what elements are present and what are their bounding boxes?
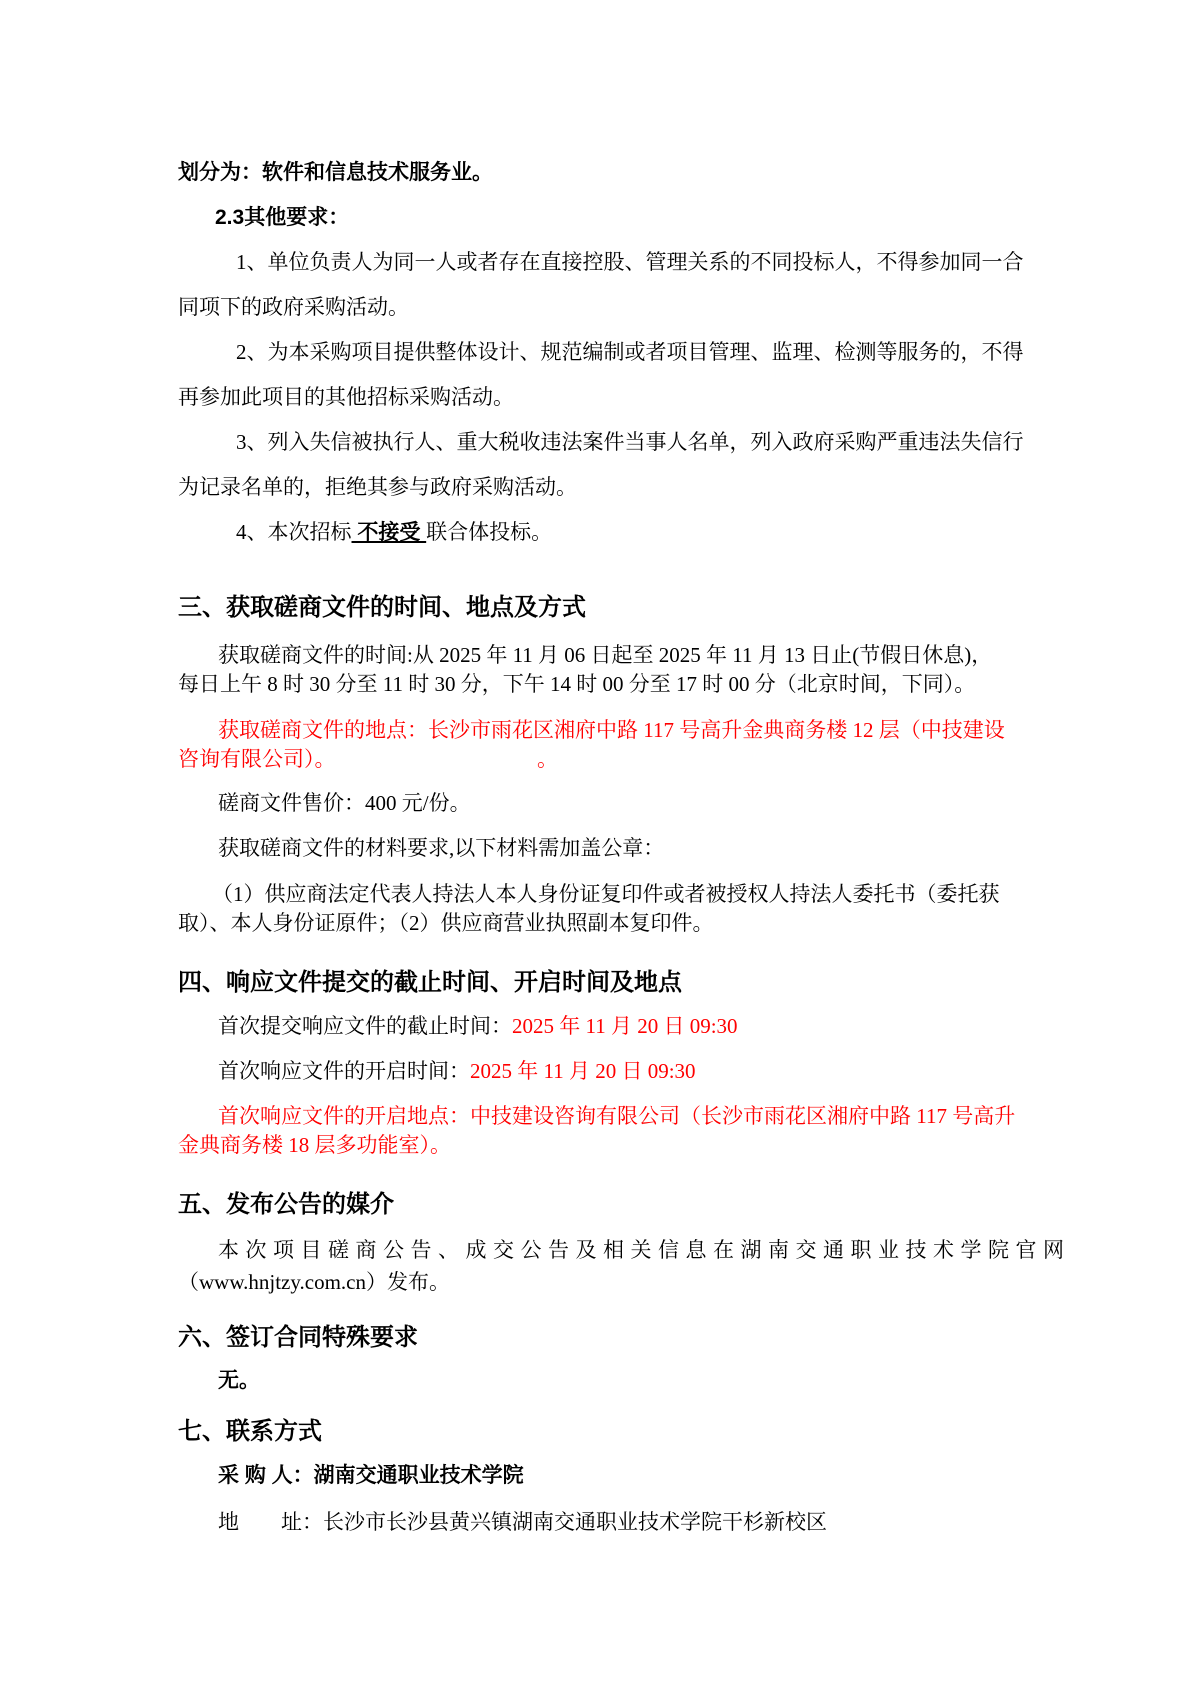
industry-classification-line: 划分为：软件和信息技术服务业。 xyxy=(178,150,1036,195)
section-other-requirements: 划分为：软件和信息技术服务业。 2.3其他要求： 1、单位负责人为同一人或者存在… xyxy=(178,150,1036,555)
contract-special-requirements-content: 无。 xyxy=(178,1366,1036,1395)
item-4-suffix: 联合体投标。 xyxy=(426,520,552,544)
materials-detail-line-2: 取）、本人身份证原件；（2）供应商营业执照副本复印件。 xyxy=(178,909,1036,938)
other-requirements-heading: 2.3其他要求： xyxy=(178,195,1036,240)
heading-obtain-documents: 三、获取磋商文件的时间、地点及方式 xyxy=(178,585,1036,630)
heading-response-deadline: 四、响应文件提交的截止时间、开启时间及地点 xyxy=(178,960,1036,1005)
purchaser-line: 采 购 人：湖南交通职业技术学院 xyxy=(178,1461,1036,1490)
item-4-prefix: 4、本次招标 xyxy=(236,520,352,544)
submission-deadline-line: 首次提交响应文件的截止时间：2025 年 11 月 20 日 09:30 xyxy=(178,1012,1036,1041)
purchaser-value: 湖南交通职业技术学院 xyxy=(314,1464,524,1487)
obtain-location-line-2-text: 咨询有限公司）。 xyxy=(178,747,325,771)
requirement-item-1-line-2: 同项下的政府采购活动。 xyxy=(178,285,1036,330)
opening-time-value: 2025 年 11 月 20 日 09:30 xyxy=(470,1059,696,1083)
heading-contract-special-requirements: 六、签订合同特殊要求 xyxy=(178,1315,1036,1360)
requirement-item-2-line-1: 2、为本采购项目提供整体设计、规范编制或者项目管理、监理、检测等服务的，不得 xyxy=(178,330,1036,375)
address-value: 长沙市长沙县黄兴镇湖南交通职业技术学院干杉新校区 xyxy=(323,1510,827,1534)
requirement-item-3-line-1: 3、列入失信被执行人、重大税收违法案件当事人名单，列入政府采购严重违法失信行 xyxy=(178,420,1036,465)
obtain-time-line-1: 获取磋商文件的时间:从 2025 年 11 月 06 日起至 2025 年 11… xyxy=(178,641,1036,670)
requirement-item-1-line-1: 1、单位负责人为同一人或者存在直接控股、管理关系的不同投标人，不得参加同一合 xyxy=(178,240,1036,285)
media-line-1: 本次项目磋商公告、成交公告及相关信息在湖南交通职业技术学院官网 xyxy=(178,1234,1036,1266)
media-line-2: （www.hnjtzy.com.cn）发布。 xyxy=(178,1266,1036,1298)
stray-period: 。 xyxy=(537,747,558,771)
address-line: 地 址：长沙市长沙县黄兴镇湖南交通职业技术学院干杉新校区 xyxy=(178,1508,1036,1537)
materials-detail-line-1: （1）供应商法定代表人持法人本人身份证复印件或者被授权人持法人委托书（委托获 xyxy=(178,880,1036,909)
tender-notice-page: 划分为：软件和信息技术服务业。 2.3其他要求： 1、单位负责人为同一人或者存在… xyxy=(0,0,1191,1684)
section-contact-info: 采 购 人：湖南交通职业技术学院 地 址：长沙市长沙县黄兴镇湖南交通职业技术学院… xyxy=(178,1461,1036,1537)
opening-venue-paragraph: 首次响应文件的开启地点：中技建设咨询有限公司（长沙市雨花区湘府中路 117 号高… xyxy=(178,1102,1036,1160)
opening-venue-line-1: 首次响应文件的开启地点：中技建设咨询有限公司（长沙市雨花区湘府中路 117 号高… xyxy=(178,1102,1036,1131)
no-consortium-emphasis: 不接受 xyxy=(352,521,427,544)
requirement-item-2-line-2: 再参加此项目的其他招标采购活动。 xyxy=(178,375,1036,420)
obtain-location-paragraph: 获取磋商文件的地点：长沙市雨花区湘府中路 117 号高升金典商务楼 12 层（中… xyxy=(178,716,1036,774)
opening-venue-line-2: 金典商务楼 18 层多功能室）。 xyxy=(178,1131,1036,1160)
heading-contact-info: 七、联系方式 xyxy=(178,1409,1036,1454)
section-response-deadline: 首次提交响应文件的截止时间：2025 年 11 月 20 日 09:30 首次响… xyxy=(178,1012,1036,1160)
address-label: 地 址： xyxy=(218,1510,323,1534)
obtain-location-line-1: 获取磋商文件的地点：长沙市雨花区湘府中路 117 号高升金典商务楼 12 层（中… xyxy=(178,716,1036,745)
submission-deadline-value: 2025 年 11 月 20 日 09:30 xyxy=(512,1014,738,1038)
media-paragraph: 本次项目磋商公告、成交公告及相关信息在湖南交通职业技术学院官网 （www.hnj… xyxy=(178,1234,1036,1298)
materials-detail-paragraph: （1）供应商法定代表人持法人本人身份证复印件或者被授权人持法人委托书（委托获 取… xyxy=(178,880,1036,938)
section-announcement-media: 本次项目磋商公告、成交公告及相关信息在湖南交通职业技术学院官网 （www.hnj… xyxy=(178,1234,1036,1298)
opening-time-line: 首次响应文件的开启时间：2025 年 11 月 20 日 09:30 xyxy=(178,1057,1036,1086)
requirement-item-3-line-2: 为记录名单的，拒绝其参与政府采购活动。 xyxy=(178,465,1036,510)
document-price-line: 磋商文件售价：400 元/份。 xyxy=(178,789,1036,818)
obtain-time-line-2: 每日上午 8 时 30 分至 11 时 30 分，下午 14 时 00 分至 1… xyxy=(178,670,1036,699)
requirement-item-4-line: 4、本次招标 不接受 联合体投标。 xyxy=(178,510,1036,555)
submission-deadline-label: 首次提交响应文件的截止时间： xyxy=(218,1014,512,1038)
heading-announcement-media: 五、发布公告的媒介 xyxy=(178,1182,1036,1227)
materials-requirement-line: 获取磋商文件的材料要求,以下材料需加盖公章： xyxy=(178,834,1036,863)
section-obtain-documents: 获取磋商文件的时间:从 2025 年 11 月 06 日起至 2025 年 11… xyxy=(178,641,1036,938)
opening-time-label: 首次响应文件的开启时间： xyxy=(218,1059,470,1083)
purchaser-label: 采 购 人： xyxy=(218,1464,314,1487)
obtain-time-paragraph: 获取磋商文件的时间:从 2025 年 11 月 06 日起至 2025 年 11… xyxy=(178,641,1036,699)
obtain-location-line-2: 咨询有限公司）。。 xyxy=(178,745,1036,774)
